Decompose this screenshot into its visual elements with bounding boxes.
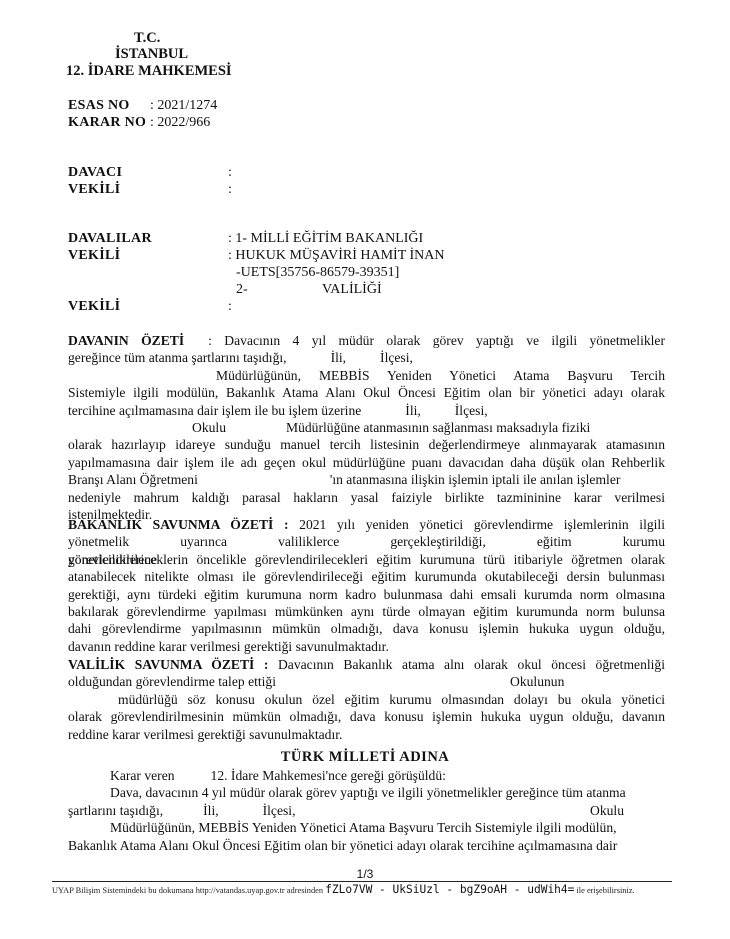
header-city: İSTANBUL [115, 46, 188, 63]
bakanlik-savunma-section: BAKANLIK SAVUNMA ÖZETİ : 2021 yılı yenid… [68, 516, 665, 655]
bakanlik-savunma-label: BAKANLIK SAVUNMA ÖZETİ : [68, 517, 289, 532]
karar-title: TÜRK MİLLETİ ADINA [0, 749, 730, 766]
verification-code: fZLo7VW - UkSiUzl - bgZ9oAH - udWih4= [325, 883, 574, 896]
page-number: 1/3 [0, 867, 730, 881]
esas-no-value: : 2021/1274 [150, 98, 217, 114]
davalilar-value: : 1- MİLLİ EĞİTİM BAKANLIĞI [228, 231, 423, 247]
davaci-value: : [228, 165, 232, 181]
karar-section: Karar veren12. İdare Mahkemesi'nce gereğ… [68, 767, 665, 854]
karar-no-value: : 2022/966 [150, 115, 210, 131]
esas-no-label: ESAS NO [68, 98, 130, 114]
karar-no-label: KARAR NO [68, 115, 146, 131]
footer-divider [52, 881, 672, 882]
second-vekili-value: : [228, 299, 232, 315]
second-defendant-name: VALİLİĞİ [322, 282, 382, 298]
davaci-vekili-label: VEKİLİ [68, 182, 120, 198]
davalilar-label: DAVALILAR [68, 231, 152, 247]
header-court: 12. İDARE MAHKEMESİ [66, 63, 232, 80]
davanin-ozeti-section: DAVANIN ÖZETİ: Davacının 4 yıl müdür ola… [68, 332, 665, 523]
davaci-label: DAVACI [68, 165, 122, 181]
davanin-ozeti-label: DAVANIN ÖZETİ [68, 333, 184, 348]
uets-address: -UETS[35756-86579-39351] [236, 265, 399, 281]
footer-verification: UYAP Bilişim Sistemindeki bu dokumana ht… [52, 883, 635, 896]
valilik-savunma-section: VALİLİK SAVUNMA ÖZETİ : Davacının Bakanl… [68, 656, 665, 743]
second-vekili-label: VEKİLİ [68, 299, 120, 315]
davaci-vekili-value: : [228, 182, 232, 198]
davalilar-vekili-value: : HUKUK MÜŞAVİRİ HAMİT İNAN [228, 248, 445, 264]
davalilar-vekili-label: VEKİLİ [68, 248, 120, 264]
second-defendant-prefix: 2- [236, 282, 248, 298]
header-tc: T.C. [134, 30, 160, 47]
valilik-savunma-label: VALİLİK SAVUNMA ÖZETİ : [68, 657, 268, 672]
